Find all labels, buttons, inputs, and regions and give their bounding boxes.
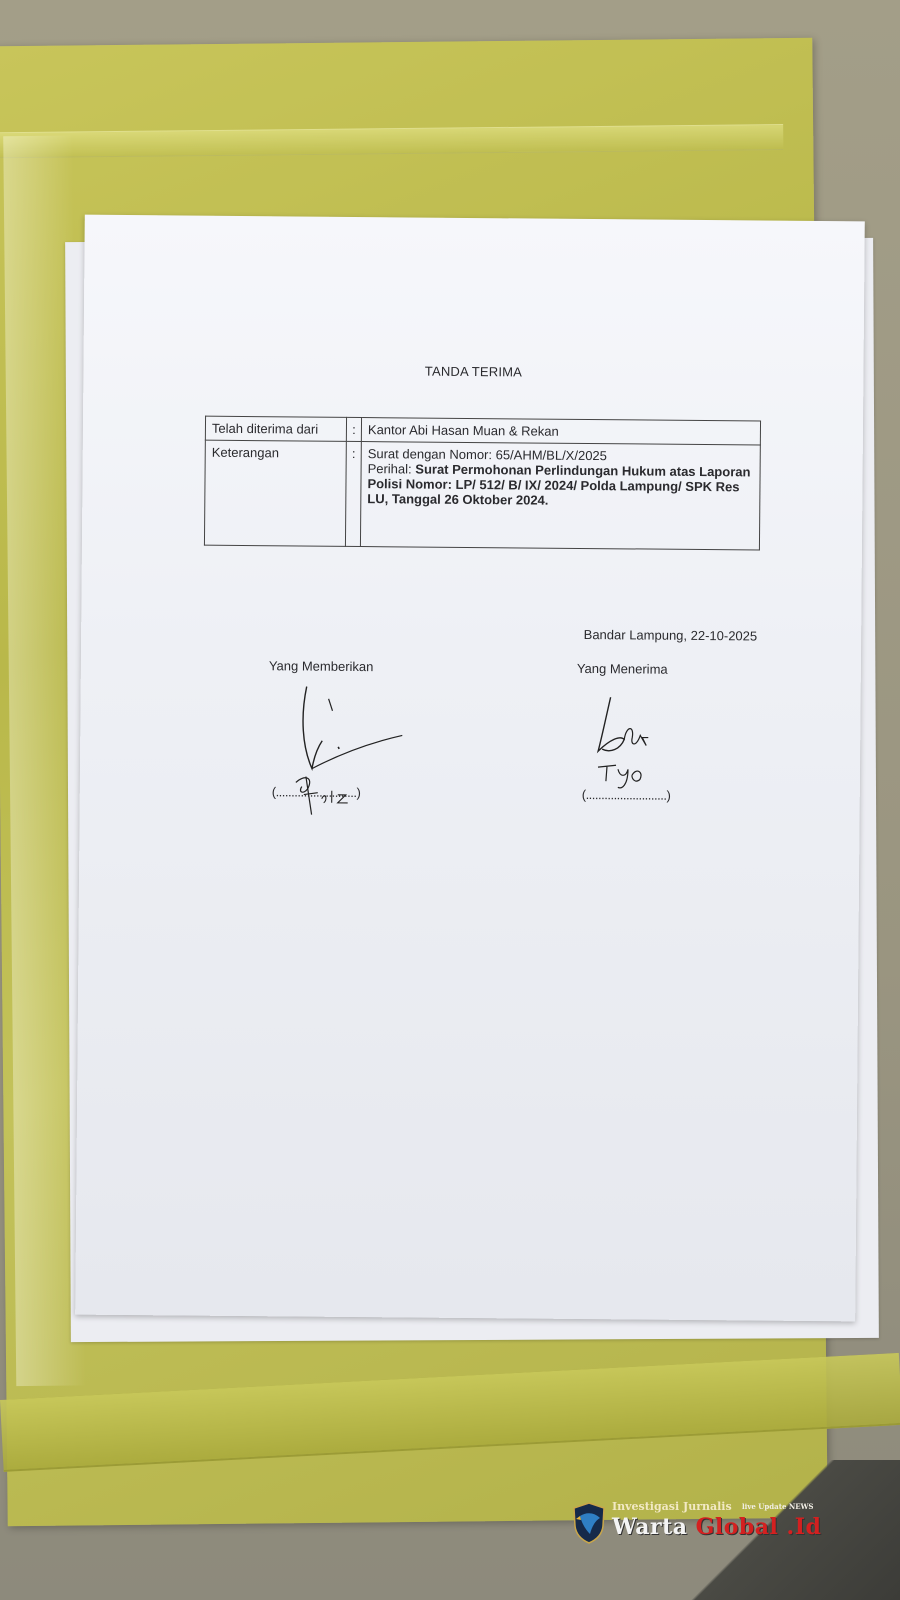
giver-label: Yang Memberikan <box>269 658 374 674</box>
row-separator: : <box>345 441 361 546</box>
brand-part-1: Warta <box>612 1514 688 1540</box>
warta-global-watermark: Investigasi Jurnalis live Update NEWS Wa… <box>572 1500 832 1550</box>
receiver-signature-icon <box>590 695 681 796</box>
row-separator: : <box>346 417 361 441</box>
row-label: Telah diterima dari <box>205 416 346 441</box>
eagle-shield-icon <box>572 1502 606 1544</box>
watermark-brand: WartaGlobal .Id <box>612 1514 821 1540</box>
subject-prefix: Perihal: <box>368 461 416 476</box>
watermark-tagline: Investigasi Jurnalis <box>612 1500 732 1513</box>
envelope-zipper-strip <box>0 124 783 158</box>
receiver-label: Yang Menerima <box>577 661 668 677</box>
row-label: Keterangan <box>204 440 346 546</box>
brand-part-2: Global .Id <box>696 1514 822 1540</box>
table-row: Keterangan : Surat dengan Nomor: 65/AHM/… <box>204 440 760 550</box>
subject: Perihal: Surat Permohonan Perlindungan H… <box>367 461 753 509</box>
giver-name-line: (..........................) <box>272 784 361 800</box>
watermark-live-label: live Update NEWS <box>742 1502 813 1511</box>
document-title: TANDA TERIMA <box>83 361 863 383</box>
receipt-table: Telah diterima dari : Kantor Abi Hasan M… <box>204 416 761 551</box>
row-value: Kantor Abi Hasan Muan & Rekan <box>361 418 760 445</box>
subject-text: Surat Permohonan Perlindungan Hukum atas… <box>367 462 750 508</box>
place-date: Bandar Lampung, 22-10-2025 <box>584 627 758 644</box>
row-value: Surat dengan Nomor: 65/AHM/BL/X/2025 Per… <box>360 442 760 550</box>
receiver-name-line: (..........................) <box>582 787 671 803</box>
receipt-document: TANDA TERIMA Telah diterima dari : Kanto… <box>75 215 865 1322</box>
